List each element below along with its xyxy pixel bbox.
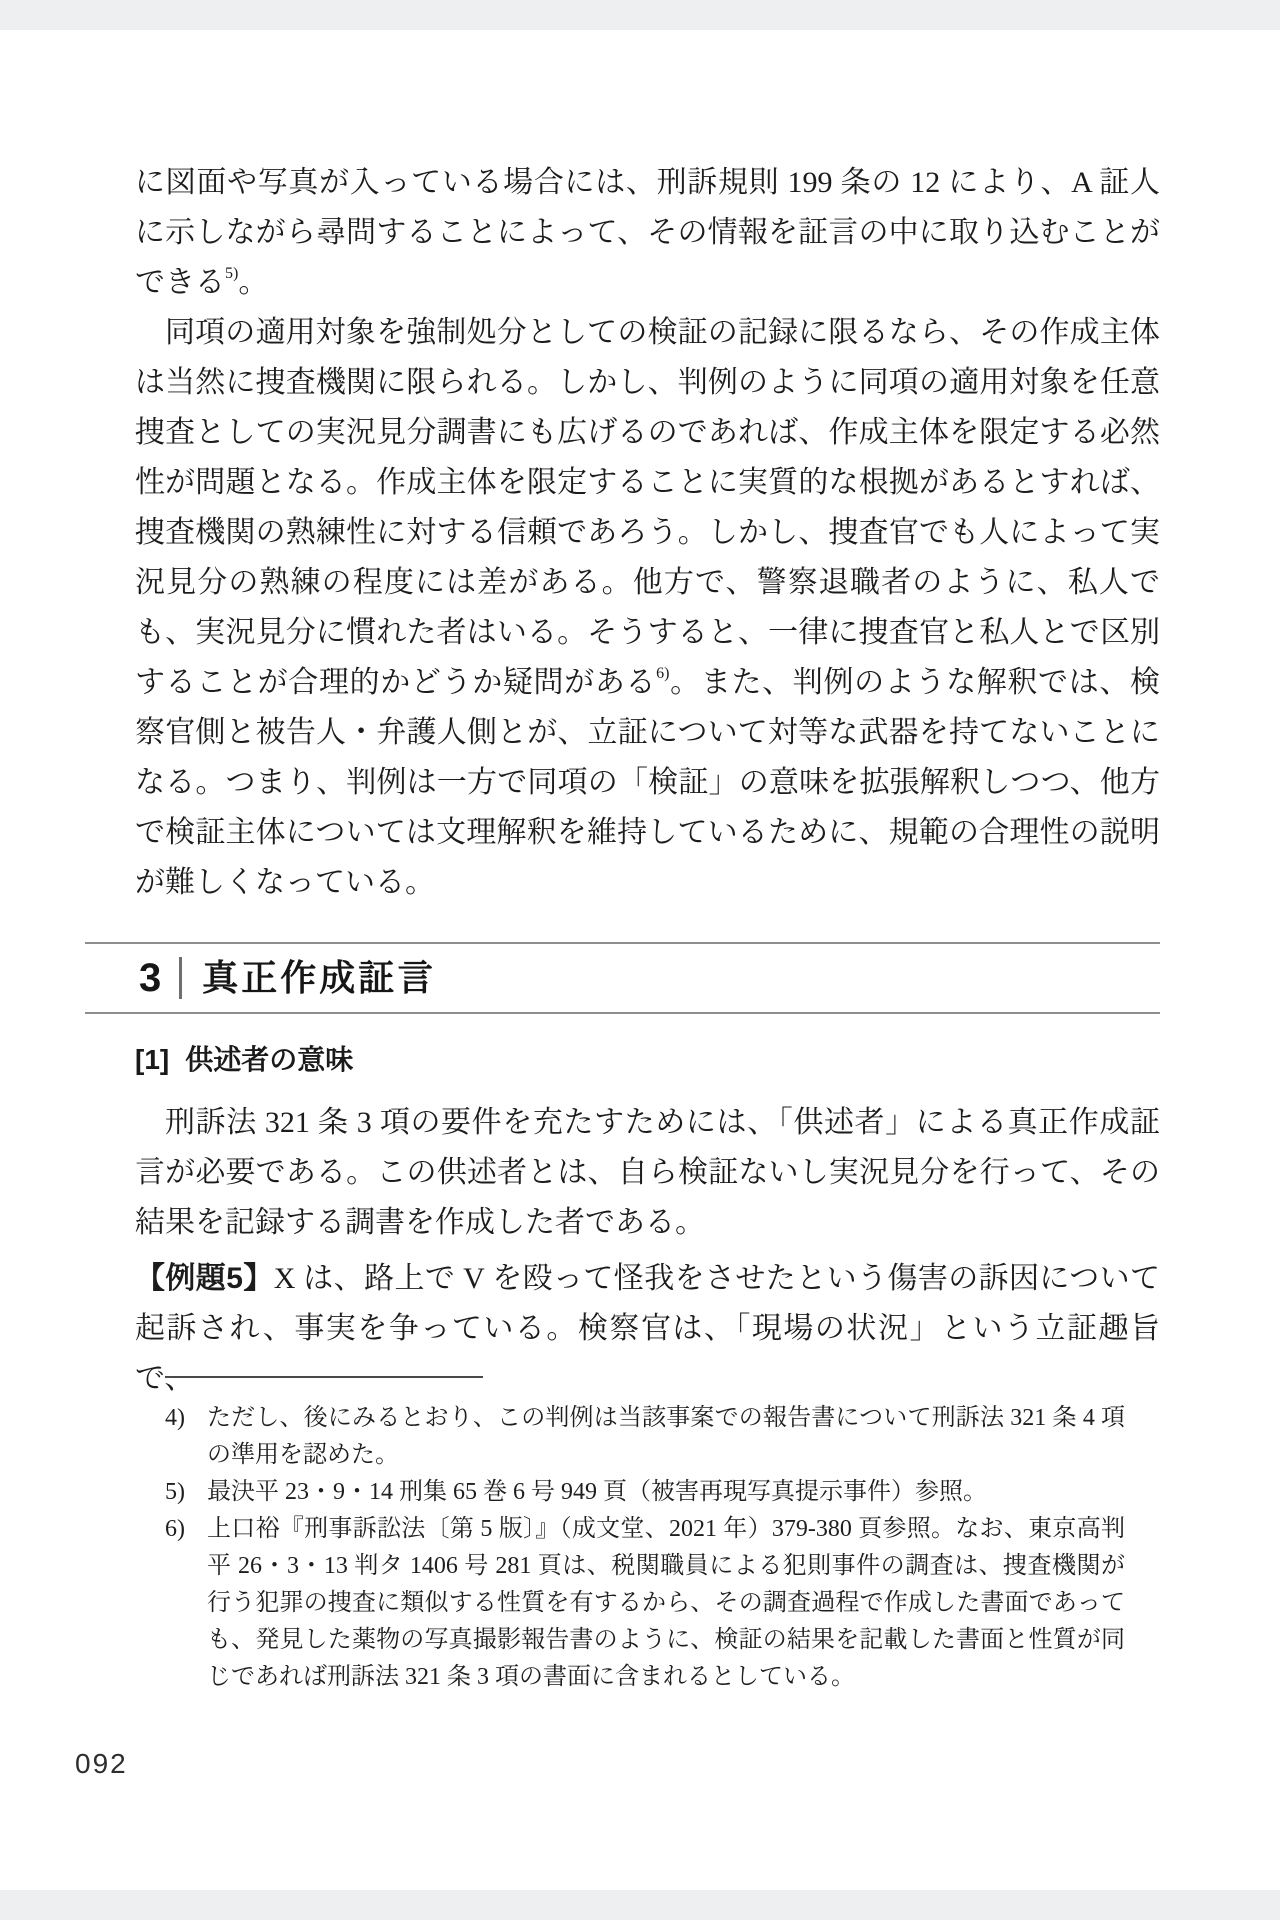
paragraph-declarant: 刑訴法 321 条 3 項の要件を充たすためには、「供述者」による真正作成証言が…	[135, 1098, 1160, 1248]
footnotes-section: 4) ただし、後にみるとおり、この判例は当該事案での報告書について刑訴法 321…	[165, 1376, 1125, 1696]
footnote-marker: 6)	[165, 1511, 207, 1696]
paragraph-text: 同項の適用対象を強制処分としての検証の記録に限るなら、その作成主体は当然に捜査機…	[135, 316, 1160, 699]
paragraph-text: 刑訴法 321 条 3 項の要件を充たすためには、「供述者」による真正作成証言が…	[135, 1106, 1160, 1239]
footnote-4: 4) ただし、後にみるとおり、この判例は当該事案での報告書について刑訴法 321…	[165, 1400, 1125, 1474]
footnote-marker: 4)	[165, 1400, 207, 1474]
page-number: 092	[75, 1748, 128, 1780]
section-divider-bar	[179, 957, 182, 999]
example-label: 【例題5】	[135, 1262, 274, 1295]
footnote-text: ただし、後にみるとおり、この判例は当該事案での報告書について刑訴法 321 条 …	[207, 1400, 1125, 1474]
subsection-title: 供述者の意味	[185, 1044, 353, 1075]
paragraph-text: に図面や写真が入っている場合には、刑訴規則 199 条の 12 により、A 証人…	[135, 166, 1160, 299]
page-bottom-edge	[0, 1890, 1280, 1920]
paragraph-text: 。また、判例のような解釈では、検察官側と被告人・弁護人側とが、立証について対等な…	[135, 666, 1160, 899]
footnote-ref-5: 5)	[225, 265, 238, 282]
footnote-5: 5) 最決平 23・9・14 刑集 65 巻 6 号 949 頁（被害再現写真提…	[165, 1474, 1125, 1511]
paragraph-discussion: 同項の適用対象を強制処分としての検証の記録に限るなら、その作成主体は当然に捜査機…	[135, 308, 1160, 908]
section-title: 真正作成証言	[202, 952, 436, 1004]
footnote-separator-rule	[165, 1376, 483, 1378]
main-text-column: に図面や写真が入っている場合には、刑訴規則 199 条の 12 により、A 証人…	[135, 158, 1160, 1404]
paragraph-text: 。	[238, 266, 268, 299]
footnote-ref-6: 6)	[656, 665, 669, 682]
footnote-text: 上口裕『刑事訴訟法〔第 5 版〕』（成文堂、2021 年）379-380 頁参照…	[207, 1511, 1125, 1696]
subsection-number: [1]	[135, 1044, 169, 1075]
subsection-heading: [1]供述者の意味	[135, 1038, 1160, 1082]
footnote-6: 6) 上口裕『刑事訴訟法〔第 5 版〕』（成文堂、2021 年）379-380 …	[165, 1511, 1125, 1696]
footnote-marker: 5)	[165, 1474, 207, 1511]
paragraph-continuation: に図面や写真が入っている場合には、刑訴規則 199 条の 12 により、A 証人…	[135, 158, 1160, 308]
page-top-edge	[0, 0, 1280, 30]
section-number: 3	[85, 952, 161, 1004]
section-heading: 3 真正作成証言	[85, 942, 1160, 1014]
footnote-text: 最決平 23・9・14 刑集 65 巻 6 号 949 頁（被害再現写真提示事件…	[207, 1474, 1125, 1511]
